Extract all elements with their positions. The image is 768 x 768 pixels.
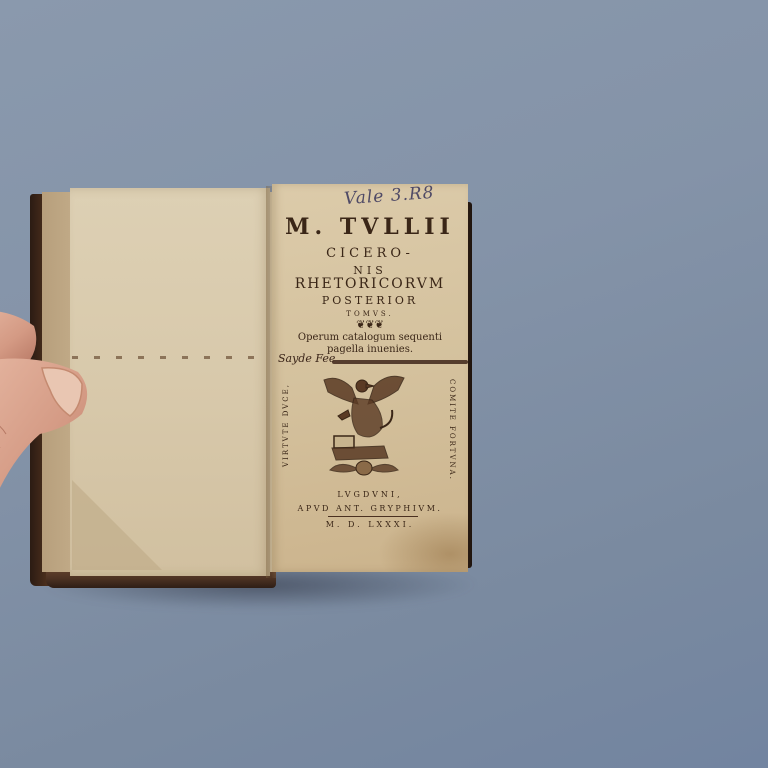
- holding-hand: [0, 310, 90, 530]
- author-line-2: CICERO-: [272, 246, 468, 261]
- author-line: M. TVLLII: [272, 214, 468, 240]
- motto-right: COMITE FORTVNA.: [448, 370, 456, 490]
- motto-left: VIRTVTE DVCE,: [282, 370, 290, 480]
- title-line-2: POSTERIOR: [272, 294, 468, 307]
- handwritten-shelfmark: Vale 3.R8: [343, 183, 435, 209]
- imprint-year: M. D. LXXXI.: [272, 520, 468, 529]
- open-book: Vale 3.R8 M. TVLLII CICERO- NIS RHETORIC…: [28, 180, 474, 592]
- photo-scene: Vale 3.R8 M. TVLLII CICERO- NIS RHETORIC…: [0, 0, 768, 768]
- flyleaf-fold-stains: [72, 356, 268, 359]
- imprint-rule: [328, 516, 418, 517]
- title-line-3: TOMVS.: [272, 310, 468, 318]
- griffin-printers-device-icon: [318, 370, 408, 478]
- ink-strikethrough: [332, 360, 468, 364]
- title-line-1: RHETORICORVM: [272, 276, 468, 292]
- imprint-printer: APVD ANT. GRYPHIVM.: [272, 504, 468, 513]
- imprint-city: LVGDVNI,: [272, 490, 468, 499]
- title-page: Vale 3.R8 M. TVLLII CICERO- NIS RHETORIC…: [272, 184, 468, 572]
- fleuron-ornament-icon: ❦❦❦: [272, 318, 468, 331]
